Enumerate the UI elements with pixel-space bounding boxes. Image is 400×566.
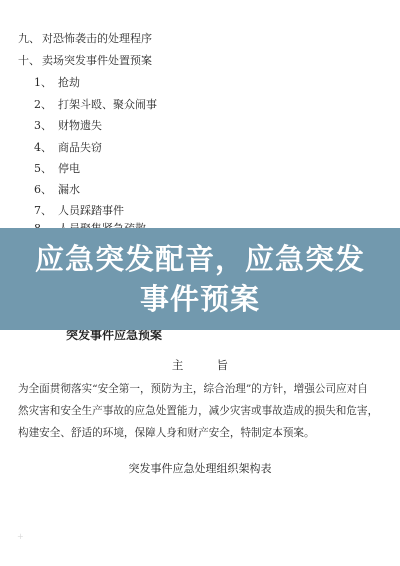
section-number: 九、 [18,32,42,46]
item-number: 4、 [34,141,58,155]
purpose-heading-char: 主 [172,357,184,373]
section-heading-9: 九、对恐怖袭击的处理程序 [18,32,152,46]
list-item: 3、财物遗失 [34,119,102,133]
item-number: 5、 [34,162,58,176]
item-number: 1、 [34,76,58,90]
list-item: 6、漏水 [34,183,80,197]
title-banner: 应急突发配音，应急突发事件预案 [0,228,400,330]
item-number: 2、 [34,98,58,112]
paragraph-line: 然灾害和安全生产事故的应急处置能力，减少灾害或事故造成的损失和危害， [18,400,384,422]
section-number: 十、 [18,54,42,68]
banner-title: 应急突发配音，应急突发事件预案 [35,239,365,319]
paragraph-line: 为全面贯彻落实“安全第一，预防为主，综合治理”的方针，增强公司应对自 [18,378,384,400]
section-heading-10: 十、卖场突发事件处置预案 [18,54,152,68]
list-item: 5、停电 [34,162,80,176]
org-chart-title: 突发事件应急处理组织架构表 [0,460,400,476]
item-text: 打架斗殴、聚众闹事 [58,98,157,111]
item-text: 人员踩踏事件 [58,204,124,217]
purpose-heading-char: 旨 [217,357,229,373]
corner-mark: + [17,532,24,541]
list-item: 4、商品失窃 [34,141,102,155]
item-number: 6、 [34,183,58,197]
purpose-heading: 主 旨 [0,357,400,373]
paragraph-line: 构建安全、舒适的环境，保障人身和财产安全，特制定本预案。 [18,422,384,444]
item-number: 7、 [34,204,58,218]
purpose-paragraph: 为全面贯彻落实“安全第一，预防为主，综合治理”的方针，增强公司应对自 然灾害和安… [18,378,384,444]
item-text: 抢劫 [58,76,80,89]
list-item: 1、抢劫 [34,76,80,90]
item-number: 3、 [34,119,58,133]
item-text: 财物遗失 [58,119,102,132]
item-text: 商品失窃 [58,141,102,154]
section-text: 对恐怖袭击的处理程序 [42,32,152,45]
section-text: 卖场突发事件处置预案 [42,54,152,67]
list-item: 2、打架斗殴、聚众闹事 [34,98,157,112]
item-text: 停电 [58,162,80,175]
list-item: 7、人员踩踏事件 [34,204,124,218]
item-text: 漏水 [58,183,80,196]
